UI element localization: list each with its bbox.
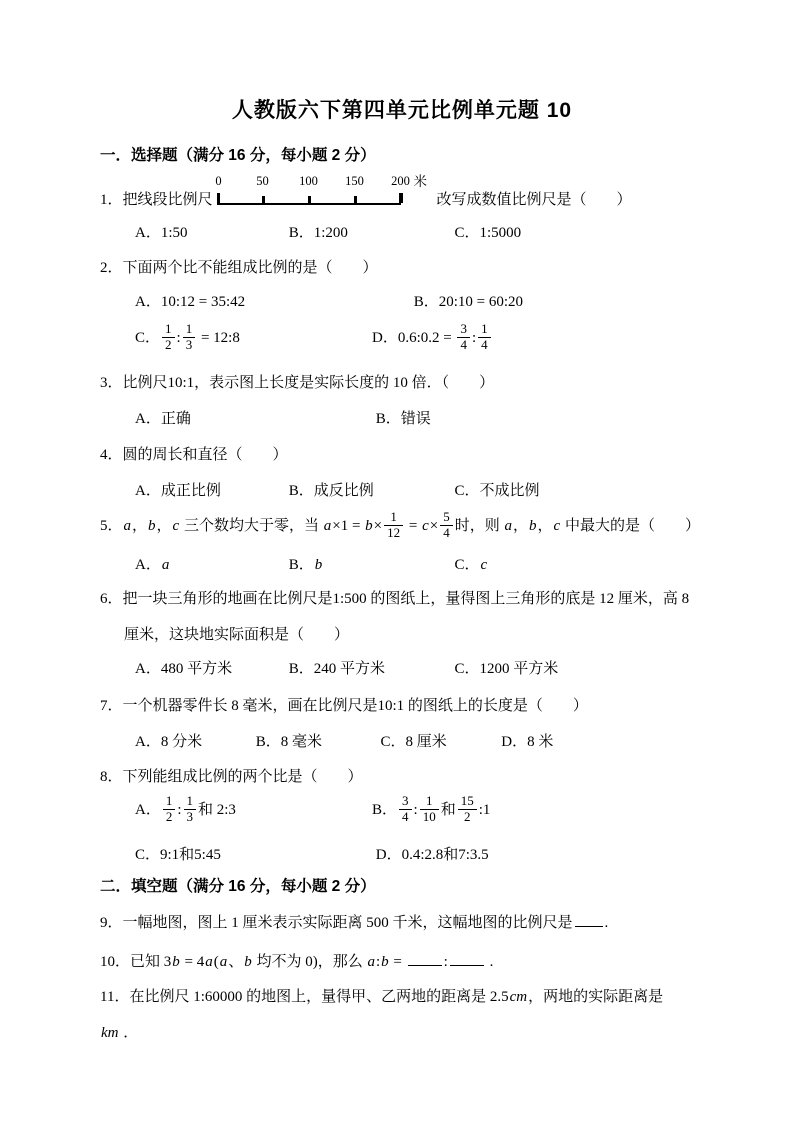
question-2-options-cd: C．12:13 = 12:8 D．0.6:0.2 = 34:14	[100, 318, 704, 358]
question-6-line2: 厘米，这块地实际面积是（ ）	[100, 625, 704, 645]
q2-option-b: B．20:10 = 60:20	[414, 292, 523, 312]
question-1: 1．把线段比例尺 0 50 100 150 200 米 改写成数值比例尺是（ ）	[100, 172, 704, 210]
question-5-options: A．a B．b C．c	[100, 554, 704, 575]
q7-option-a: A．8 分米	[135, 732, 252, 752]
question-10: 10．已知 3b = 4a(a、b 均不为 0)，那么 a:b = : .	[100, 950, 704, 972]
question-1-options: A．1:50 B．1:200 C．1:5000	[100, 222, 704, 243]
q2-option-d: D．0.6:0.2 = 34:14	[372, 323, 493, 354]
question-8: 8．下列能组成比例的两个比是（ ）	[100, 767, 704, 787]
question-7-options: A．8 分米 B．8 毫米 C．8 厘米 D．8 米	[100, 731, 704, 752]
q7-option-c: C．8 厘米	[381, 732, 498, 752]
ruler-label-150: 150	[345, 174, 364, 188]
question-1-text-post: 改写成数值比例尺是（ ）	[437, 190, 632, 210]
question-4-options: A．成正比例 B．成反比例 C．不成比例	[100, 481, 704, 502]
ruler-label-50: 50	[256, 174, 269, 188]
q2-option-a: A．10:12 = 35:42	[135, 292, 410, 312]
q4-option-b: B．成反比例	[289, 481, 451, 501]
question-6-line1: 6．把一块三角形的地画在比例尺是1:500 的图纸上，量得图上三角形的底是 12…	[100, 589, 704, 609]
q4-option-c: C．不成比例	[455, 481, 540, 501]
q6-option-b: B．240 平方米	[289, 659, 451, 679]
question-4: 4．圆的周长和直径（ ）	[100, 445, 704, 465]
question-8-options-ab: A．12:13和 2:3 B．34:110和152:1	[100, 791, 704, 831]
q3-option-a: A．正确	[135, 409, 372, 429]
q5-option-b: B．b	[289, 555, 451, 575]
worksheet-page: 人教版六下第四单元比例单元题 10 一．选择题（满分 16 分，每小题 2 分）…	[0, 0, 794, 1123]
section-2-heading: 二．填空题（满分 16 分，每小题 2 分）	[100, 877, 704, 897]
q7-option-d: D．8 米	[501, 732, 553, 752]
q5-option-a: A．a	[135, 555, 285, 575]
q7-option-b: B．8 毫米	[256, 732, 377, 752]
q1-option-a: A．1:50	[135, 223, 285, 243]
q6-option-a: A．480 平方米	[135, 659, 285, 679]
q1-option-b: B．1:200	[289, 223, 451, 243]
q8-option-b: B．34:110和152:1	[372, 795, 490, 826]
q8-option-a: A．12:13和 2:3	[135, 795, 372, 826]
ruler-unit-label: 米	[414, 175, 428, 189]
q3-option-b: B．错误	[376, 409, 431, 429]
q8-option-d: D．0.4:2.8和7:3.5	[376, 845, 489, 865]
question-6-options: A．480 平方米 B．240 平方米 C．1200 平方米	[100, 659, 704, 680]
q4-option-a: A．成正比例	[135, 481, 285, 501]
question-8-options-cd: C．9:1和5:45 D．0.4:2.8和7:3.5	[100, 845, 704, 866]
ruler-line	[217, 193, 401, 205]
question-7: 7．一个机器零件长 8 毫米，画在比例尺是10:1 的图纸上的长度是（ ）	[100, 696, 704, 716]
linear-scale-ruler: 0 50 100 150 200 米	[215, 174, 435, 210]
question-2: 2．下面两个比不能组成比例的是（ ）	[100, 258, 704, 278]
ruler-label-200: 200	[391, 174, 410, 188]
q5-option-c: C．c	[455, 555, 489, 575]
q1-option-c: C．1:5000	[455, 223, 522, 243]
q2-option-c: C．12:13 = 12:8	[135, 323, 372, 354]
question-3: 3．比例尺10:1，表示图上长度是实际长度的 10 倍．（ ）	[100, 373, 704, 393]
question-11-line2: km ．	[100, 1023, 704, 1043]
section-1-heading: 一．选择题（满分 16 分，每小题 2 分）	[100, 146, 704, 166]
page-title: 人教版六下第四单元比例单元题 10	[100, 98, 704, 124]
question-2-options-ab: A．10:12 = 35:42 B．20:10 = 60:20	[100, 292, 704, 313]
q6-option-c: C．1200 平方米	[455, 659, 559, 679]
q8-option-c: C．9:1和5:45	[135, 845, 372, 865]
question-5: 5．a，b，c 三个数均大于零，当 a×1 = b×112 = c×54时，则 …	[100, 511, 704, 542]
ruler-label-0: 0	[215, 174, 221, 188]
ruler-label-100: 100	[299, 174, 318, 188]
question-1-text-pre: 1．把线段比例尺	[100, 190, 213, 210]
question-3-options: A．正确 B．错误	[100, 408, 704, 429]
question-9: 9．一幅地图，图上 1 厘米表示实际距离 500 千米，这幅地图的比例尺是.	[100, 911, 704, 933]
question-11-line1: 11．在比例尺 1:60000 的地图上，量得甲、乙两地的距离是 2.5cm，两…	[100, 987, 704, 1007]
